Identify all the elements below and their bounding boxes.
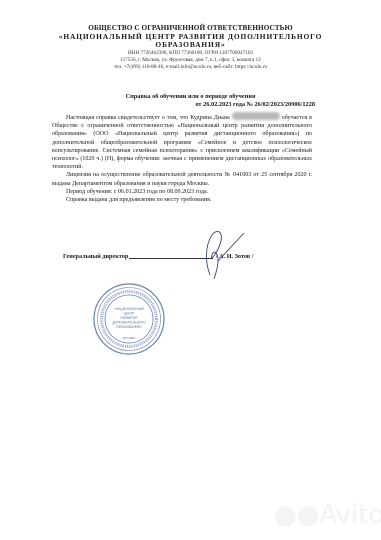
org-address: 117556, г. Москва, ул. Фруктовая, дом 7,… — [0, 57, 381, 64]
svg-text:ЦЕНТР: ЦЕНТР — [124, 312, 135, 316]
paragraph-period: Период обучения: с 06.01.2023 года по 08… — [52, 188, 312, 196]
org-contacts: тел. +7(499) 110-88-46, e-mail:info@ncrd… — [0, 64, 381, 71]
letterhead: ОБЩЕСТВО С ОГРАНИЧЕННОЙ ОТВЕТСТВЕННОСТЬЮ… — [0, 24, 381, 71]
svg-text:ОБРАЗОВАНИЯ»: ОБРАЗОВАНИЯ» — [116, 325, 142, 329]
avito-watermark: ●●Avito — [274, 500, 381, 530]
svg-text:«НАЦИОНАЛЬНЫЙ: «НАЦИОНАЛЬНЫЙ — [114, 307, 144, 311]
org-requisites: ИНН 7726462390, КПП 77260100, ОГРН 12077… — [0, 50, 381, 57]
avito-logo-icon: ●● — [274, 500, 319, 530]
paragraph-main-end: обучается в Обществе с ограниченной отве… — [52, 115, 312, 170]
document-date-number: от 26.02.2023 года № 26/02/2023/20906/12… — [195, 101, 315, 108]
document-title: Справка об обучении или о периоде обучен… — [0, 93, 381, 100]
redacted-surname — [232, 112, 280, 120]
handwritten-signature-icon — [196, 225, 256, 285]
org-name-line3: ОБРАЗОВАНИЯ» — [0, 41, 381, 50]
avito-watermark-text: Avito — [319, 500, 381, 530]
paragraph-main-start: Настоящая справка свидетельствует о том,… — [66, 115, 232, 121]
svg-text:ДОПОЛНИТЕЛЬНОГО: ДОПОЛНИТЕЛЬНОГО — [112, 321, 146, 325]
paragraph-purpose: Справка выдана для предъявления по месту… — [52, 196, 312, 204]
paragraph-license: Лицензия на осуществление образовательно… — [52, 171, 312, 187]
document-body: Настоящая справка свидетельствует о том,… — [52, 112, 312, 204]
svg-text:МОСКВА: МОСКВА — [123, 336, 136, 340]
round-stamp-icon: «НАЦИОНАЛЬНЫЙ ЦЕНТР РАЗВИТИЯ ДОПОЛНИТЕЛЬ… — [92, 282, 166, 356]
svg-text:РАЗВИТИЯ: РАЗВИТИЯ — [121, 316, 139, 320]
signer-position: Генеральный директор — [63, 253, 128, 260]
paragraph-main: Настоящая справка свидетельствует о том,… — [52, 112, 312, 171]
